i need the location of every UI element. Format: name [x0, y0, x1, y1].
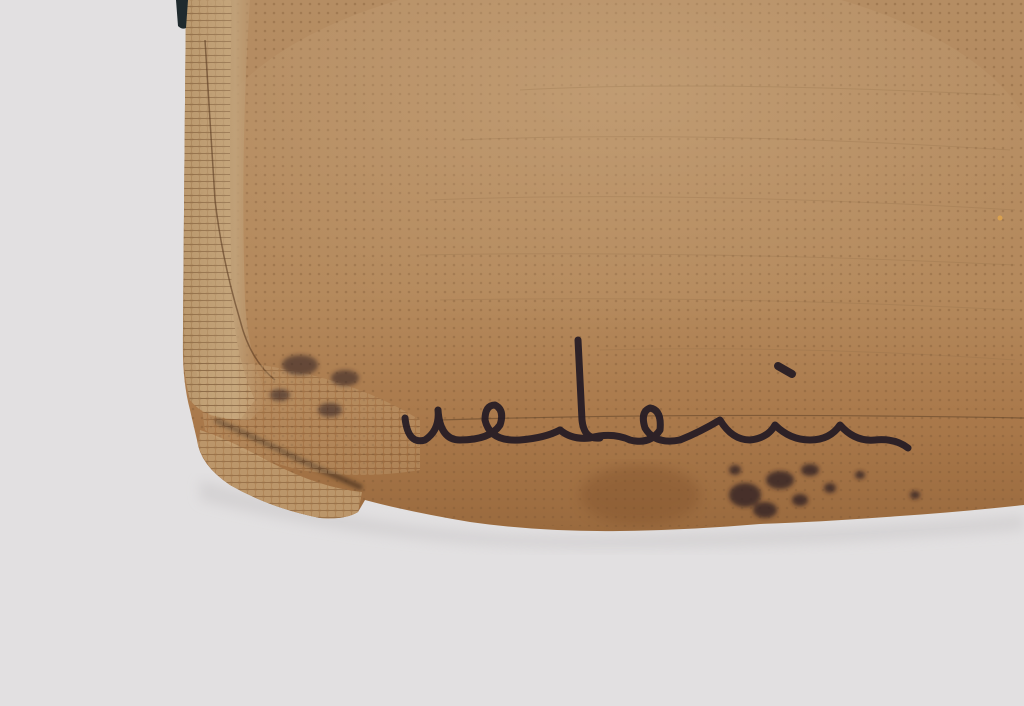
photo-scene: Close-up of the lower corner of an old w… [0, 0, 1024, 706]
artifact-photo [0, 0, 1024, 706]
